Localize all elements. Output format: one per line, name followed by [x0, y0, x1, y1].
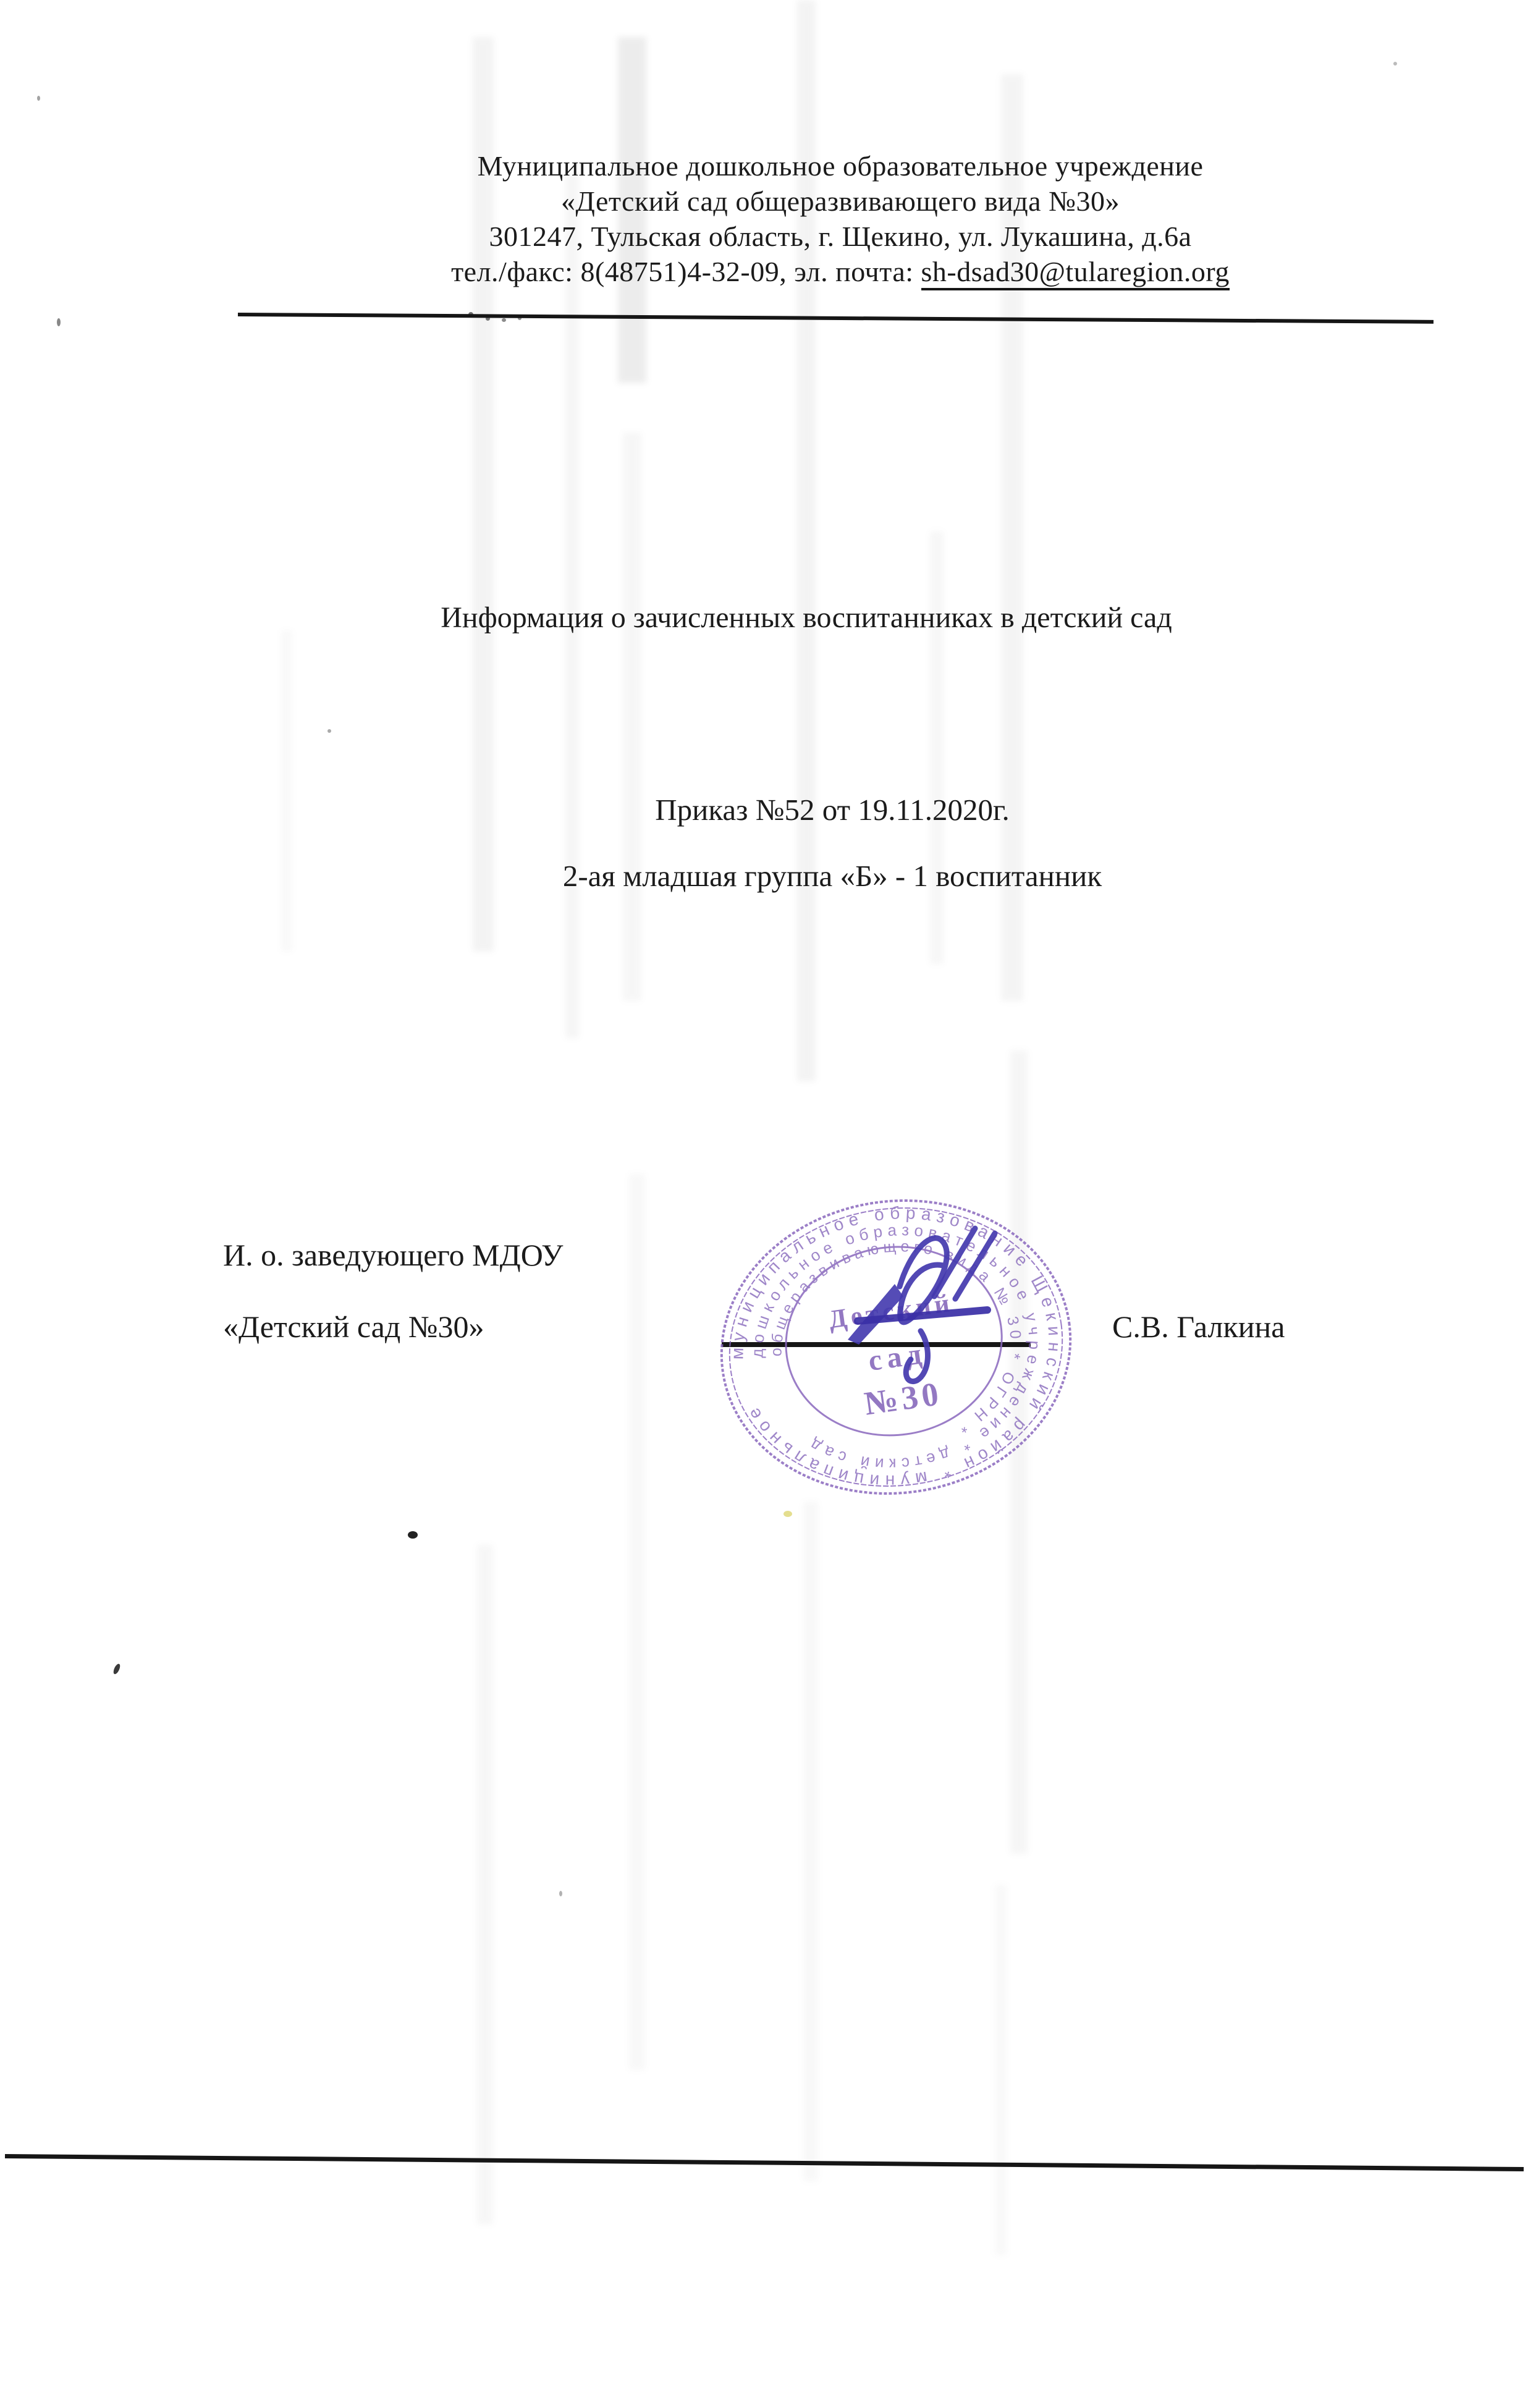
- letterhead-org-title: «Детский сад общеразвивающего вида №30»: [210, 184, 1471, 219]
- group-line: 2-ая младшая группа «Б» - 1 воспитанник: [161, 859, 1504, 893]
- scan-speckle: [559, 1891, 562, 1896]
- signatory-role: И. о. заведующего МДОУ: [223, 1237, 563, 1273]
- letterhead-contacts: тел./факс: 8(48751)4-32-09, эл. почта: s…: [210, 254, 1471, 289]
- scan-speckle: [112, 1663, 122, 1675]
- scan-speckle: [57, 318, 61, 326]
- scan-streak: [281, 630, 292, 952]
- scan-speckle: [37, 96, 40, 101]
- scan-speckle: [783, 1511, 792, 1517]
- footer-rule: [5, 2154, 1524, 2171]
- scan-streak: [803, 1502, 818, 2181]
- letterhead-org-name: Муниципальное дошкольное образовательное…: [210, 148, 1471, 184]
- letterhead-address: 301247, Тульская область, г. Щекино, ул.…: [210, 219, 1471, 254]
- scan-streak: [995, 1885, 1007, 2255]
- stamp-seal-icon: муниципальное образование Щекинский райо…: [717, 1193, 1075, 1502]
- order-line: Приказ №52 от 19.11.2020г.: [161, 793, 1504, 827]
- letterhead: Муниципальное дошкольное образовательное…: [210, 148, 1471, 289]
- signatory-name: С.В. Галкина: [1112, 1309, 1285, 1345]
- letterhead-rule: [238, 313, 1434, 324]
- scan-speckle: [327, 729, 331, 733]
- scan-streak: [629, 1174, 645, 2070]
- scan-speckle: [1393, 62, 1397, 65]
- scan-streak: [477, 1545, 493, 2224]
- scan-speckle: [408, 1531, 418, 1539]
- scan-streak: [623, 433, 641, 1001]
- order-info: Приказ №52 от 19.11.2020г. 2-ая младшая …: [161, 793, 1504, 827]
- letterhead-email: sh-dsad30@tularegion.org: [921, 256, 1230, 290]
- document-page: Муниципальное дошкольное образовательное…: [0, 0, 1533, 2408]
- document-title: Информация о зачисленных воспитанниках в…: [105, 601, 1508, 635]
- scan-speckle: [502, 318, 506, 322]
- scan-streak: [930, 531, 944, 964]
- letterhead-phone: тел./факс: 8(48751)4-32-09, эл. почта:: [451, 256, 921, 287]
- stamp-center-line3: №30: [862, 1375, 944, 1422]
- stamp-center-line2: сад: [866, 1337, 929, 1378]
- signatory-org: «Детский сад №30»: [223, 1309, 484, 1345]
